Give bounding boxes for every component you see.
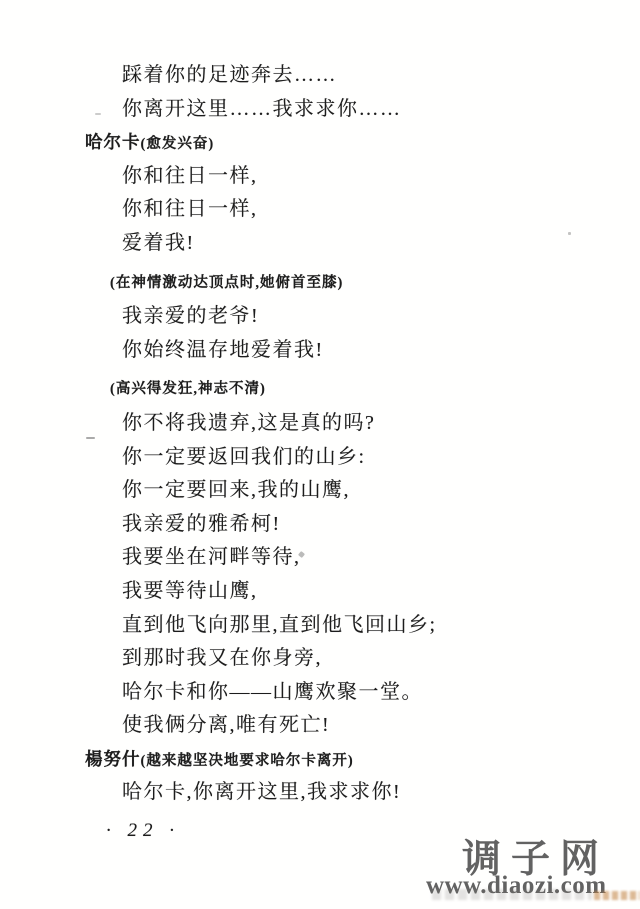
verse-line: 你和往日一样, <box>122 193 640 227</box>
watermark-faint-accent-text <box>594 891 640 900</box>
scan-speck <box>95 113 101 115</box>
verse-line: 爱着我! <box>122 227 640 261</box>
speaker-name: 哈尔卡 <box>85 132 141 152</box>
verse-line: 我亲爱的雅希柯! <box>122 508 640 542</box>
scan-speck <box>568 232 571 235</box>
libretto-text: 踩着你的足迹奔去……你离开这里……我求求你……哈尔卡(愈发兴奋)你和往日一样,你… <box>0 0 640 810</box>
verse-line: 你离开这里……我求求你…… <box>122 93 640 127</box>
book-page: 踩着你的足迹奔去……你离开这里……我求求你……哈尔卡(愈发兴奋)你和往日一样,你… <box>0 0 640 909</box>
verse-line: 哈尔卡,你离开这里,我求求你! <box>122 776 640 810</box>
verse-line: 你和往日一样, <box>122 160 640 194</box>
verse-line: 你始终温存地爱着我! <box>122 334 640 368</box>
verse-line: 踩着你的足迹奔去…… <box>122 59 640 93</box>
verse-line: 哈尔卡和你——山鹰欢聚一堂。 <box>122 676 640 710</box>
verse-line: 到那时我又在你身旁, <box>122 642 640 676</box>
watermark-faint-text <box>432 889 592 900</box>
stage-direction-line: (在神情激动达顶点时,她俯首至膝) <box>110 267 640 301</box>
speaker-name: 楊努什 <box>85 749 141 769</box>
speaker-line: 楊努什(越来越坚决地要求哈尔卡离开) <box>85 743 640 777</box>
page-number: · 22 · <box>106 820 180 842</box>
verse-line: 我要坐在河畔等待, <box>122 541 640 575</box>
verse-line: 你不将我遗弃,这是真的吗? <box>122 407 640 441</box>
verse-line: 我亲爱的老爷! <box>122 300 640 334</box>
speaker-stage-direction: (越来越坚决地要求哈尔卡离开) <box>141 753 354 769</box>
scan-speck <box>86 437 95 439</box>
verse-line: 直到他飞向那里,直到他飞回山乡; <box>122 609 640 643</box>
verse-line: 你一定要回来,我的山鹰, <box>122 474 640 508</box>
verse-line: 使我俩分离,唯有死亡! <box>122 709 640 743</box>
verse-line: 我要等待山鹰, <box>122 575 640 609</box>
verse-line: 你一定要返回我们的山乡: <box>122 441 640 475</box>
stage-direction-line: (高兴得发狂,神志不清) <box>110 373 640 407</box>
speaker-line: 哈尔卡(愈发兴奋) <box>85 126 640 160</box>
speaker-stage-direction: (愈发兴奋) <box>141 136 215 152</box>
